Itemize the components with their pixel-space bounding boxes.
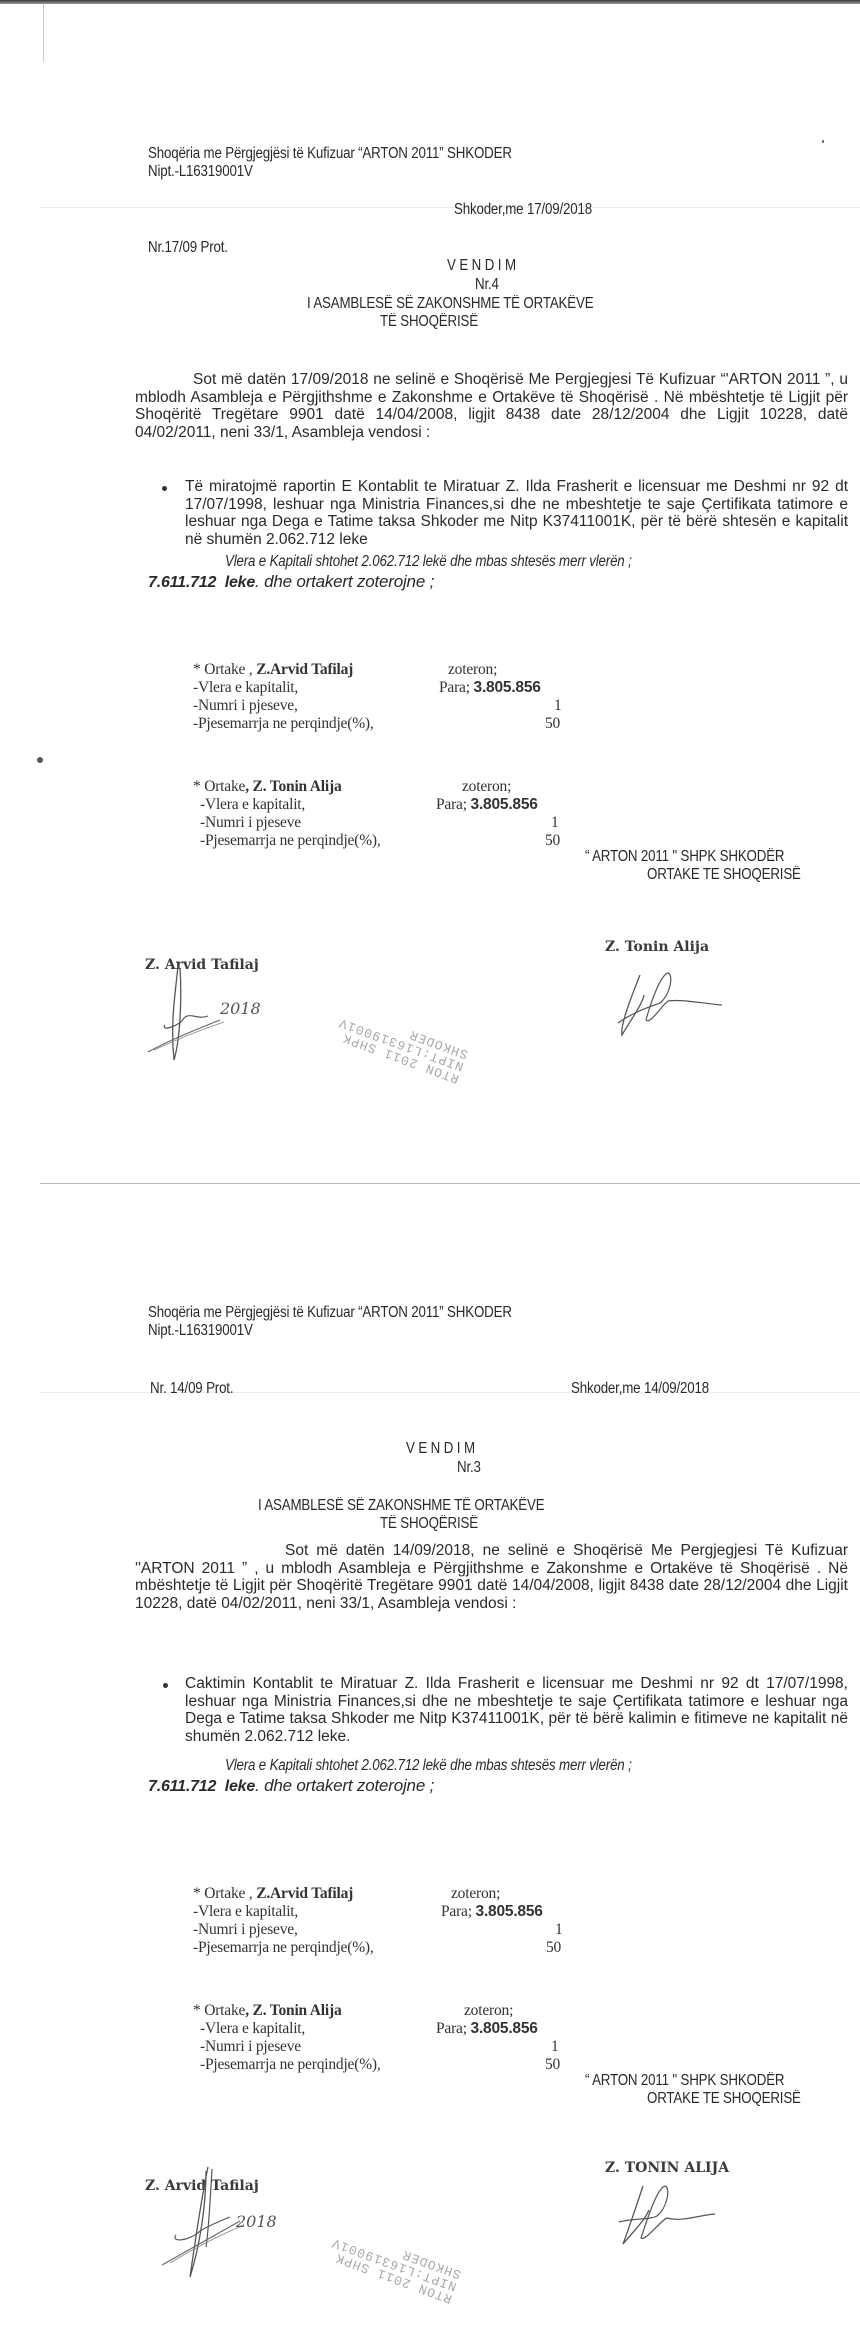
decision-subtitle: I ASAMBLESË SË ZAKONSHME TË ORTAKËVE	[258, 1497, 544, 1515]
partner-name: Z.Arvid Tafilaj	[256, 1885, 353, 1902]
ink-speck	[37, 757, 43, 763]
capital-total-line: 7.611.712 leke. dhe ortakert zoterojne ;	[148, 1777, 434, 1796]
place-date: Shkoder,me 14/09/2018	[571, 1380, 709, 1398]
company-nipt: Nipt.-L16319001V	[148, 163, 253, 181]
value-prefix: Para;	[436, 2020, 471, 2037]
intro-text: Sot më datën 14/09/2018, ne selinë e Sho…	[135, 1542, 848, 1612]
company-stamp: RTON 2011 SHPK NIPT:L16319001V SHKODER	[325, 2224, 462, 2306]
bullet-icon	[162, 486, 167, 491]
decision-number: Nr.4	[475, 276, 499, 294]
partner-row-label: -Numri i pjeseve	[200, 2038, 301, 2056]
signature-date: 2018	[235, 2212, 277, 2231]
partner-row-value: Para; 3.805.856	[441, 1903, 543, 1921]
value-prefix: Para;	[436, 796, 471, 813]
signature-right-icon	[615, 2180, 735, 2260]
partner-row-label: -Pjesemarrja ne perqindje(%),	[193, 715, 374, 733]
decision-subtitle-2: TË SHOQËRISË	[380, 313, 478, 331]
partner-prefix: * Ortake ,	[193, 661, 256, 678]
capital-value: 3.805.856	[474, 679, 541, 696]
protocol-number: Nr. 14/09 Prot.	[150, 1380, 233, 1398]
value-prefix: Para;	[439, 679, 474, 696]
partner-row-value: 1	[551, 814, 559, 832]
partner-row-label: -Vlera e kapitalit,	[200, 796, 305, 814]
capital-value: 3.805.856	[471, 796, 538, 813]
signature-date: 2018	[219, 999, 261, 1018]
company-line: Shoqëria me Përgjegjësi të Kufizuar “ART…	[148, 1304, 512, 1322]
partner-row-value: 50	[545, 2056, 560, 2074]
capital-unit: leke	[225, 574, 255, 591]
place-date: Shkoder,me 17/09/2018	[454, 201, 592, 219]
value-prefix: Para;	[441, 1903, 476, 1920]
partner-row-value: 1	[551, 2038, 559, 2056]
intro-paragraph: Sot më datën 14/09/2018, ne selinë e Sho…	[135, 1542, 848, 1612]
capital-rest: . dhe ortakert zoterojne ;	[255, 572, 434, 591]
capital-increase-line: Vlera e Kapitali shtohet 2.062.712 lekë …	[225, 1757, 632, 1775]
capital-unit: leke	[225, 1778, 255, 1795]
signatory-right: Z. Tonin Alija	[605, 939, 709, 955]
page-divider	[40, 1183, 860, 1184]
resolution-item: Caktimin Kontablit te Miratuar Z. Ilda F…	[185, 1675, 848, 1745]
partner-name: , Z. Tonin Alija	[245, 2002, 341, 2019]
partner-row-label: -Pjesemarrja ne perqindje(%),	[200, 832, 381, 850]
partner-row-label: -Numri i pjeseve,	[193, 697, 298, 715]
partner-row-label: -Pjesemarrja ne perqindje(%),	[193, 1939, 374, 1957]
partner-holds: zoteron;	[464, 2002, 513, 2020]
scan-artifact-line	[43, 4, 44, 62]
company-line: Shoqëria me Përgjegjësi të Kufizuar “ART…	[148, 145, 512, 163]
partner-row-label: -Vlera e kapitalit,	[193, 1903, 298, 1921]
ink-speck	[822, 140, 824, 143]
partner-prefix: * Ortake ,	[193, 1885, 256, 1902]
partner-prefix: * Ortake	[193, 2002, 245, 2019]
partner-row-value: 50	[545, 832, 560, 850]
partner-holds: zoteron;	[451, 1885, 500, 1903]
capital-rest: . dhe ortakert zoterojne ;	[255, 1776, 434, 1795]
footer-role: ORTAKE TE SHOQERISË	[647, 866, 801, 884]
scan-edge	[0, 0, 860, 4]
protocol-number: Nr.17/09 Prot.	[148, 239, 228, 257]
partner-row-value: 50	[545, 715, 560, 733]
signature-left-icon: 2018	[160, 2165, 290, 2285]
decision-title: VENDIM	[406, 1440, 478, 1458]
partner-row-value: 1	[554, 697, 562, 715]
signatory-right: Z. TONIN ALIJA	[605, 2160, 729, 2176]
footer-company: “ ARTON 2011 " SHPK SHKODËR	[585, 848, 784, 866]
partner-row-label: -Vlera e kapitalit,	[200, 2020, 305, 2038]
partner-prefix: * Ortake	[193, 778, 245, 795]
capital-value: 3.805.856	[476, 1903, 543, 1920]
capital-total: 7.611.712	[148, 574, 216, 591]
company-stamp: RTON 2011 SHPK NIPT:L16319001V SHKODER	[332, 1004, 469, 1086]
footer-company: “ ARTON 2011 " SHPK SHKODËR	[585, 2072, 784, 2090]
partner-heading: * Ortake , Z.Arvid Tafilaj	[193, 1885, 353, 1903]
signature-left-icon: 2018	[140, 960, 270, 1070]
decision-subtitle: I ASAMBLESË SË ZAKONSHME TË ORTAKËVE	[307, 295, 593, 313]
partner-row-label: -Vlera e kapitalit,	[193, 679, 298, 697]
partner-row-value: Para; 3.805.856	[436, 796, 538, 814]
partner-row-value: Para; 3.805.856	[436, 2020, 538, 2038]
company-nipt: Nipt.-L16319001V	[148, 1322, 253, 1340]
partner-heading: * Ortake, Z. Tonin Alija	[193, 2002, 342, 2020]
partner-name: , Z. Tonin Alija	[245, 778, 341, 795]
partner-holds: zoteron;	[448, 661, 497, 679]
capital-total-line: 7.611.712 leke. dhe ortakert zoterojne ;	[148, 573, 434, 592]
bullet-icon	[163, 1683, 168, 1688]
capital-total: 7.611.712	[148, 1778, 216, 1795]
partner-row-value: Para; 3.805.856	[439, 679, 541, 697]
resolution-item: Të miratojmë raportin E Kontablit te Mir…	[185, 478, 848, 548]
partner-row-label: -Pjesemarrja ne perqindje(%),	[200, 2056, 381, 2074]
partner-row-label: -Numri i pjeseve,	[193, 1921, 298, 1939]
partner-heading: * Ortake, Z. Tonin Alija	[193, 778, 342, 796]
partner-row-value: 1	[555, 1921, 563, 1939]
intro-paragraph: Sot më datën 17/09/2018 ne selinë e Shoq…	[135, 371, 848, 441]
decision-subtitle-2: TË SHOQËRISË	[380, 1515, 478, 1533]
footer-role: ORTAKE TE SHOQERISË	[647, 2090, 801, 2108]
decision-title: VENDIM	[447, 257, 519, 275]
partner-row-label: -Numri i pjeseve	[200, 814, 301, 832]
partner-holds: zoteron;	[462, 778, 511, 796]
intro-text: Sot më datën 17/09/2018 ne selinë e Shoq…	[135, 371, 848, 441]
signature-right-icon	[610, 965, 740, 1045]
partner-row-value: 50	[546, 1939, 561, 1957]
scan-artifact-line	[40, 207, 860, 208]
decision-number: Nr.3	[457, 1459, 481, 1477]
capital-increase-line: Vlera e Kapitali shtohet 2.062.712 lekë …	[225, 553, 632, 571]
partner-heading: * Ortake , Z.Arvid Tafilaj	[193, 661, 353, 679]
capital-value: 3.805.856	[471, 2020, 538, 2037]
partner-name: Z.Arvid Tafilaj	[256, 661, 353, 678]
